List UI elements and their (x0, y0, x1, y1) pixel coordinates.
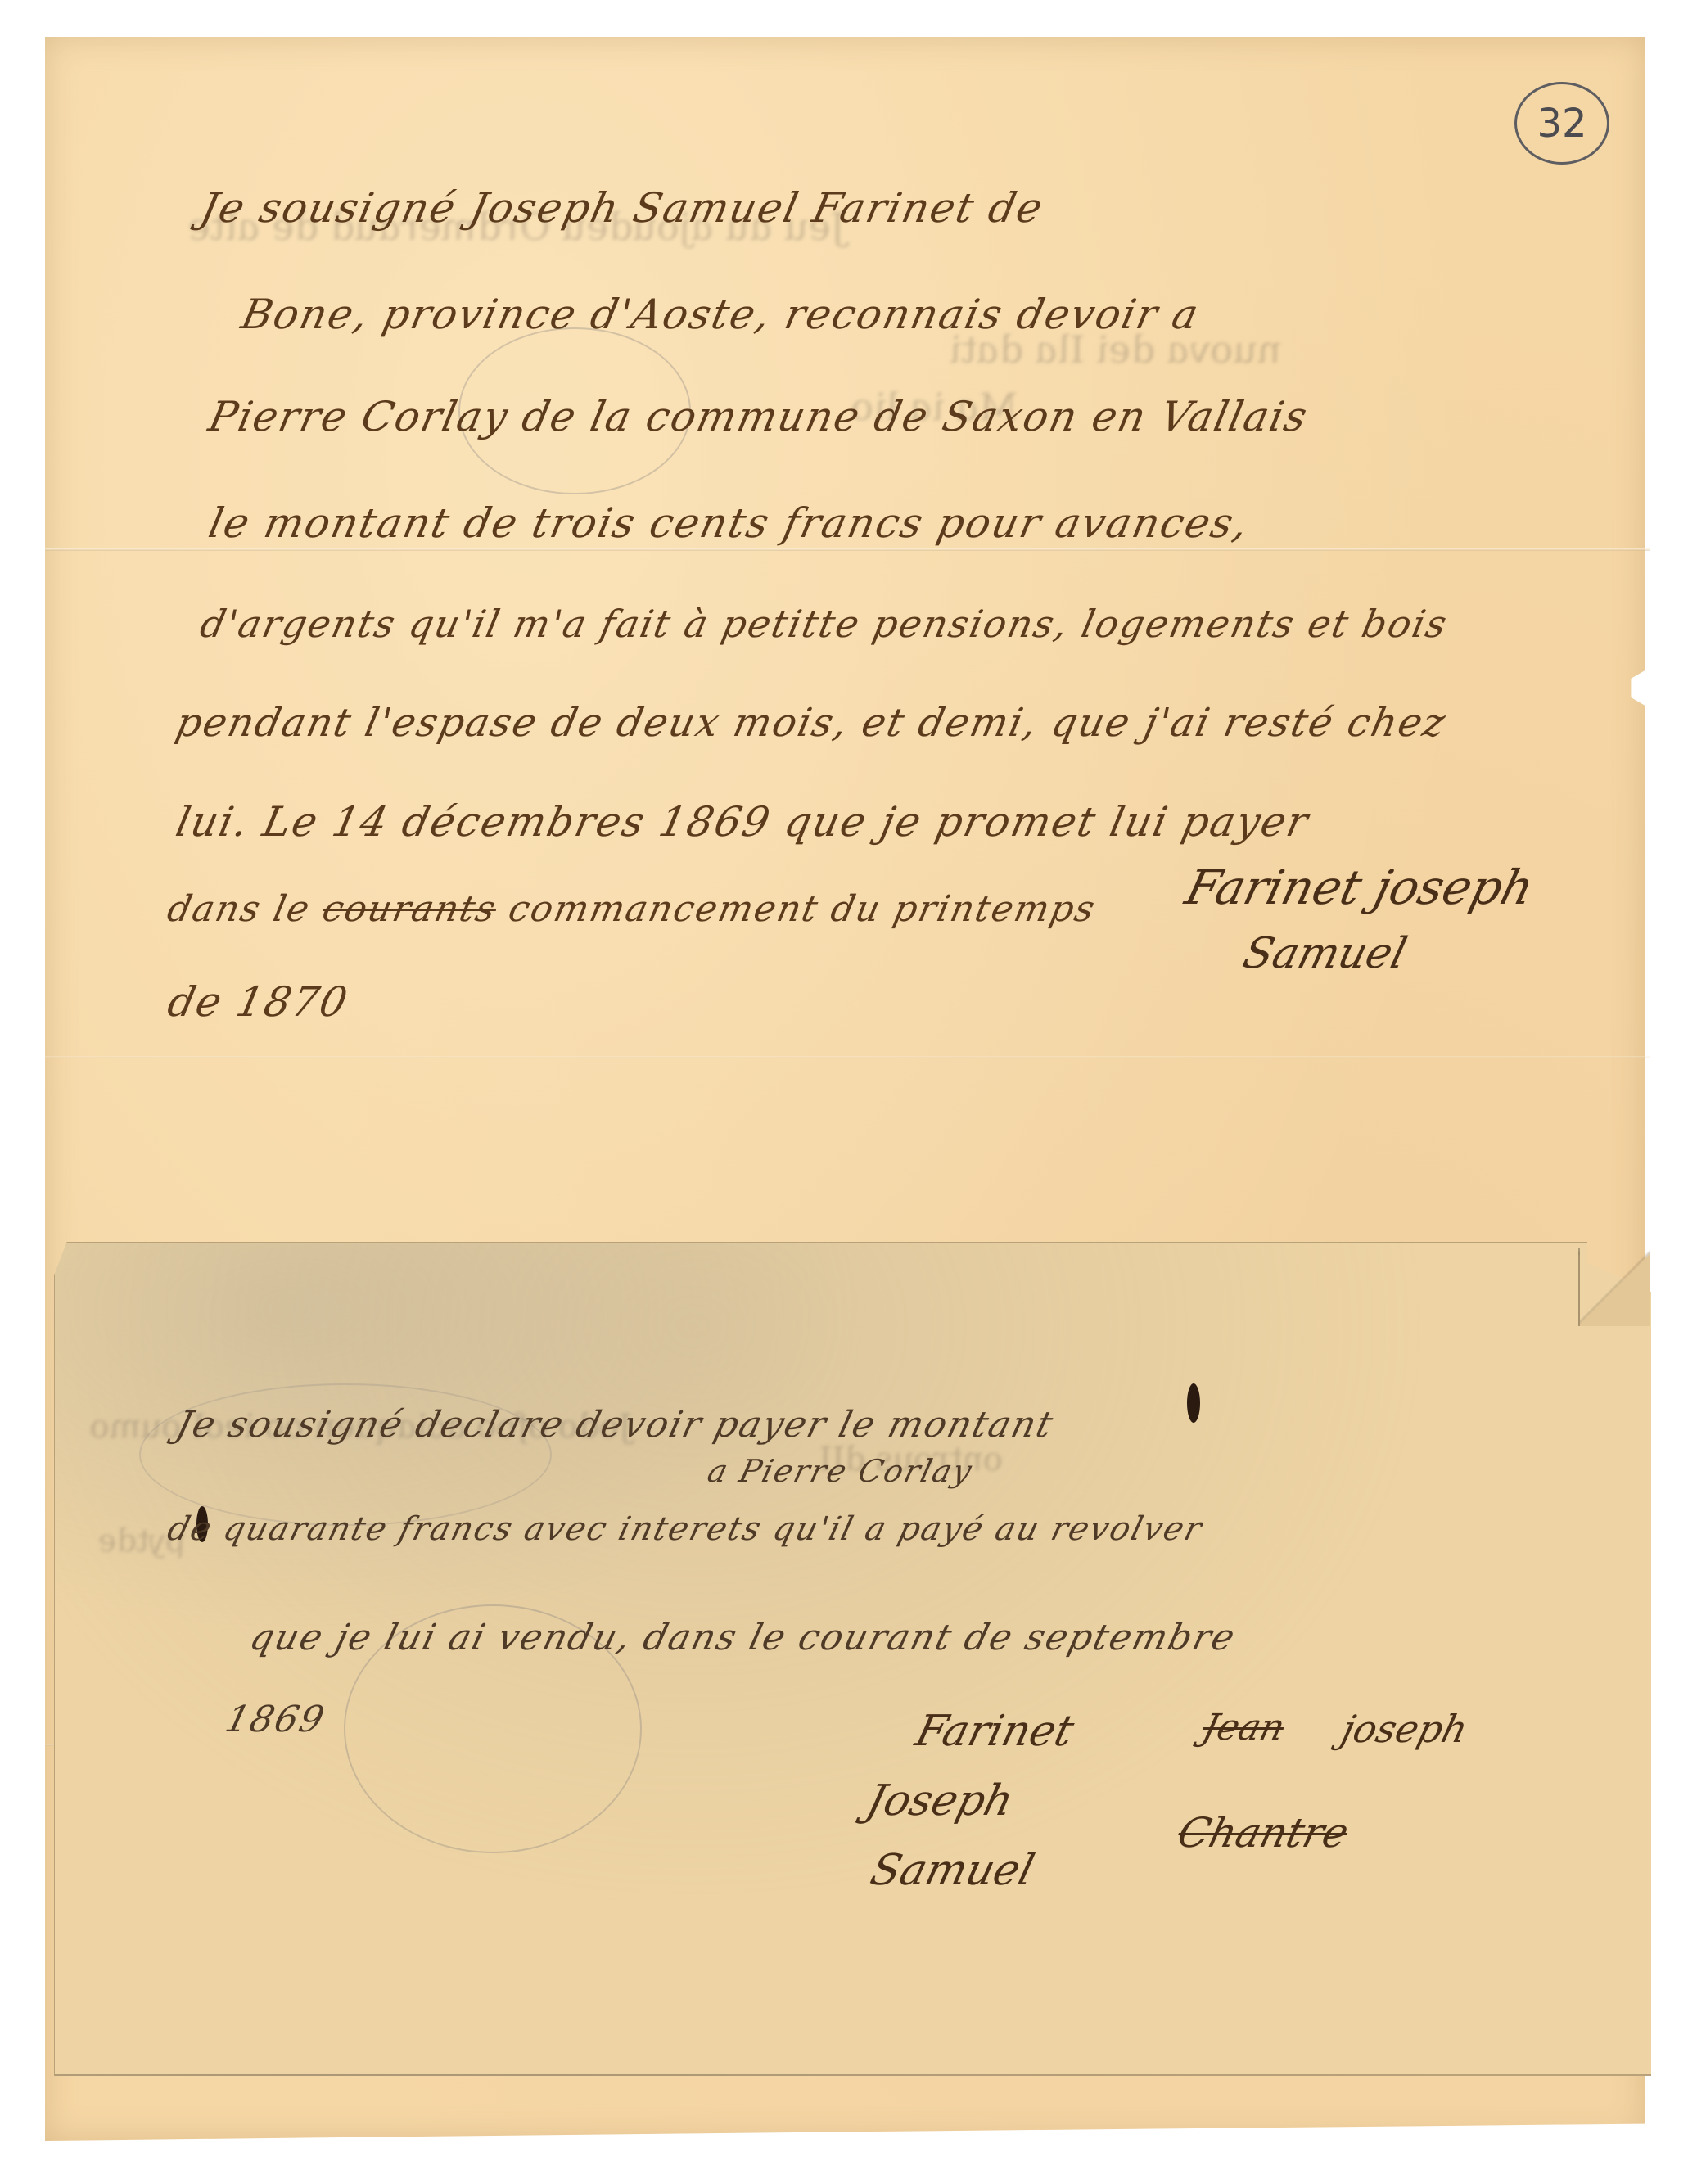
receipt-line-4: le montant de trois cents francs pour av… (205, 499, 1253, 547)
slip-signature-struck-word: Chantre (1173, 1809, 1354, 1857)
slip-line-5: 1869 (221, 1699, 330, 1740)
receipt-line-6: pendant l'espase de deux mois, et demi, … (172, 700, 1451, 746)
ink-blot (1187, 1383, 1200, 1423)
receipt-line-8: dans le courants commancement du printem… (164, 888, 1099, 930)
fold-crease (45, 548, 1650, 551)
slip-signature-samuel: Samuel (866, 1846, 1040, 1895)
receipt-line-2: Bone, province d'Aoste, reconnais devoir… (237, 291, 1204, 338)
slip-signature-farinet: Farinet (911, 1707, 1079, 1756)
slip-signature-joseph: joseph (1337, 1707, 1472, 1751)
receipt-line-3: Pierre Corlay de la commune de Saxon en … (205, 393, 1312, 440)
fold-crease (45, 1056, 1650, 1058)
signature-line-2: Samuel (1239, 929, 1412, 978)
slip-line-3: de quarante francs avec interets qu'il a… (164, 1510, 1207, 1548)
slip-signature-joseph-2: Joseph (862, 1776, 1018, 1825)
receipt-line-9: de 1870 (164, 978, 353, 1026)
signature-line-1: Farinet joseph (1180, 860, 1540, 915)
slip-line-1: Je sousigné declare devoir payer le mont… (172, 1404, 1058, 1446)
slip-line-2: a Pierre Corlay (704, 1453, 977, 1489)
slip-signature-struck-word: Jean (1198, 1707, 1289, 1749)
attached-slip (54, 1242, 1651, 2076)
receipt-line-7: lui. Le 14 décembres 1869 que je promet … (172, 798, 1314, 846)
folded-corner (1578, 1248, 1650, 1326)
folio-number: 32 (1514, 82, 1609, 165)
struck-word: courants (318, 888, 500, 930)
receipt-line-5: d'argents qu'il m'a fait à petitte pensi… (196, 602, 1452, 646)
slip-line-4: que je lui ai vendu, dans le courant de … (246, 1617, 1240, 1658)
receipt-line-1: Je sousigné Joseph Samuel Farinet de (196, 184, 1048, 232)
